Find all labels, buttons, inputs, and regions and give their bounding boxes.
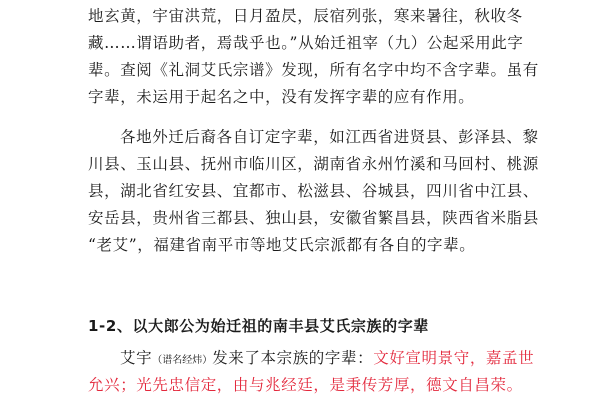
paragraph2-line-5: “老艾”，福建省南平市等地艾氏宗派都有各自的字辈。 bbox=[88, 235, 475, 255]
paragraph1-line-3: 辈。查阅《礼洞艾氏宗谱》发现，所有名字中均不含字辈。虽有 bbox=[88, 60, 539, 80]
document-page: 地玄黄，宇宙洪荒，日月盈昃，辰宿列张，寒来暑往，秋收冬 藏……谓语助者，焉哉乎也… bbox=[0, 0, 600, 400]
section-heading: 1-2、以大郎公为始迁祖的南丰县艾氏宗族的字辈 bbox=[88, 316, 429, 336]
paragraph2-line-1: 各地外迁后裔各自订定字辈，如江西省进贤县、彭泽县、黎 bbox=[120, 127, 539, 147]
paragraph1-line-2: 藏……谓语助者，焉哉乎也。”从始迁祖宰（九）公起采用此字 bbox=[88, 33, 523, 53]
paragraph2-line-4: 安岳县，贵州省三都县、独山县，安徽省繁昌县，陕西省米脂县 bbox=[88, 208, 539, 228]
paragraph1-line-4: 字辈，未运用于起名之中，没有发挥字辈的应有作用。 bbox=[88, 87, 474, 107]
author-note: （谱名经炜） bbox=[152, 355, 212, 366]
generation-names-line-2: 允兴；光先忠信定，由与兆经廷，是秉传芳厚，德文自昌荣。 bbox=[88, 375, 523, 395]
generation-names-part2: 嘉孟世 bbox=[486, 349, 534, 367]
generation-names-part1: 文好宣明景守， bbox=[373, 349, 486, 367]
paragraph1-line-1: 地玄黄，宇宙洪荒，日月盈昃，辰宿列张，寒来暑往，秋收冬 bbox=[88, 6, 523, 26]
paragraph2-line-2: 川县、玉山县、抚州市临川区，湖南省永州竹溪和马回村、桃源 bbox=[88, 154, 539, 174]
paragraph3-line-1: 艾宇（谱名经炜）发来了本宗族的字辈：文好宣明景守，嘉孟世 bbox=[120, 348, 534, 371]
paragraph2-line-3: 县，湖北省红安县、宜都市、松滋县、谷城县，四川省中江县、 bbox=[88, 181, 539, 201]
author-name: 艾宇 bbox=[120, 349, 152, 367]
intro-text: 发来了本宗族的字辈： bbox=[212, 349, 373, 367]
